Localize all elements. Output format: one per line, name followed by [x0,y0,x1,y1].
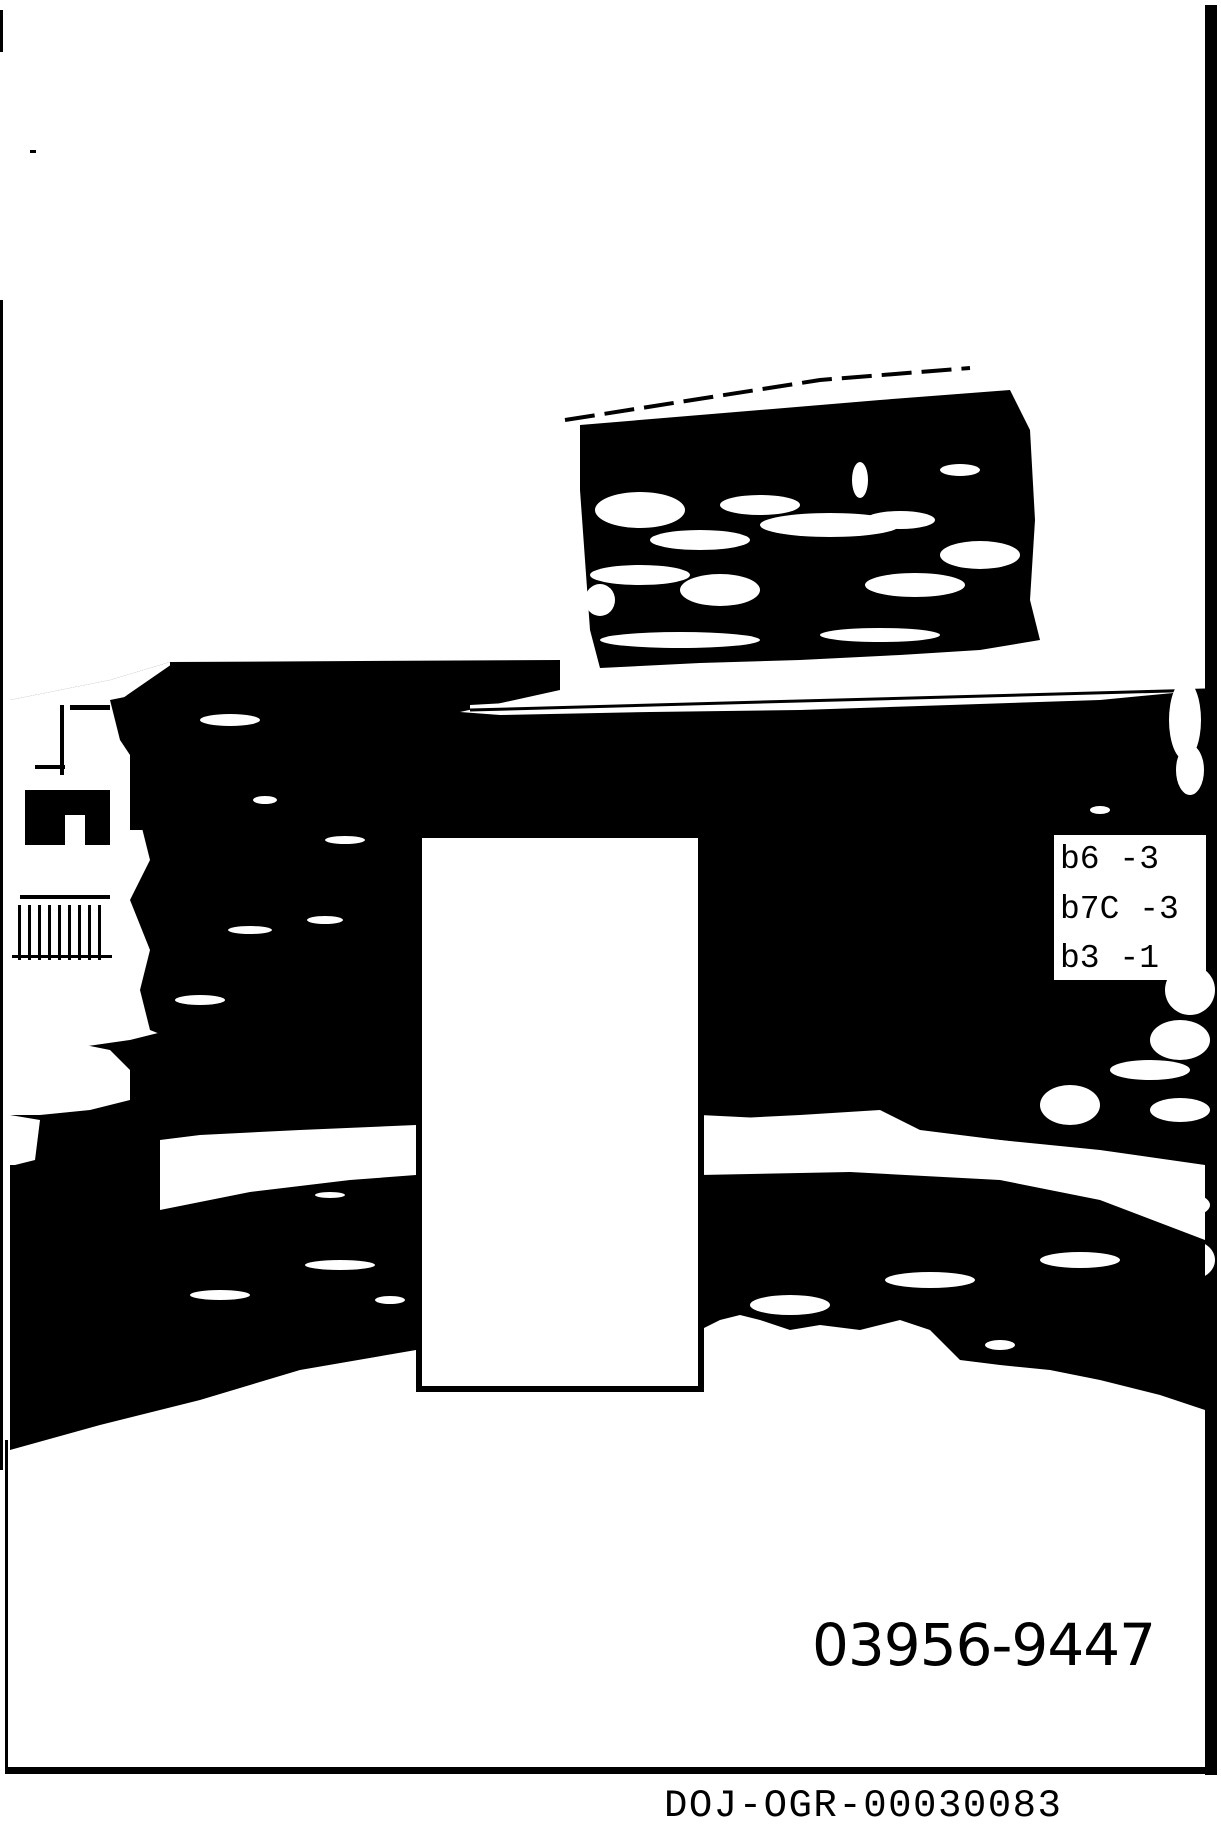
bates-number: DOJ-OGR-00030083 [664,1787,1062,1826]
document-page: b6 -3 b7C -3 b3 -1 03956-9447 DOJ-OGR-00… [0,0,1221,1832]
photo-number: 03956-9447 [812,1616,1155,1674]
exemption-code-box: b6 -3 b7C -3 b3 -1 [1054,835,1206,980]
exemption-code: b6 -3 [1060,843,1159,876]
exemption-code: b3 -1 [1060,942,1159,975]
exemption-code: b7C -3 [1060,893,1179,926]
redaction-box [416,832,704,1392]
